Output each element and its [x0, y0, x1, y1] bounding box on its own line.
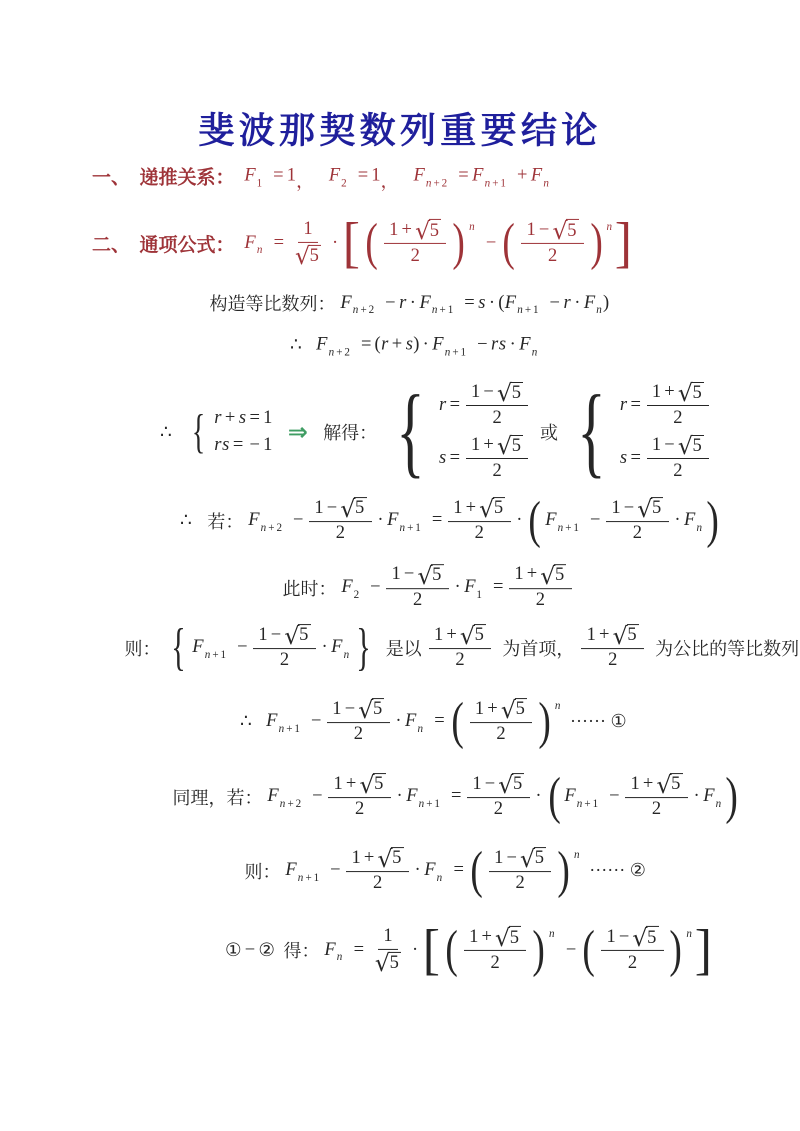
subscript: n+2: [328, 346, 350, 358]
radical-icon: √: [497, 437, 512, 456]
subscript: n+1: [577, 798, 599, 810]
radical-icon: √: [417, 567, 432, 586]
math-segment: ∴Fn+1−1−√52·Fn=(1+√52)n: [240, 696, 561, 748]
subscript: 2: [341, 177, 347, 189]
construct-geometric-line: 构造等比数列：Fn+2−r·Fn+1=s·(Fn+1−r·Fn): [205, 290, 613, 316]
math-segment: ①−②: [225, 940, 275, 961]
paren-group: (1+√52): [443, 924, 547, 976]
superscript: n: [606, 221, 612, 233]
sqrt: √5: [340, 497, 366, 519]
fraction: 1+√52: [448, 497, 511, 545]
sqrt: √5: [377, 847, 403, 869]
cases-brace: {: [577, 381, 605, 483]
fraction: 1−√52: [601, 926, 664, 974]
sqrt: √5: [460, 624, 486, 646]
geometric-conclusion-line: 则：{Fn+1−1−√52·Fn}是以1+√52为首项，1+√52为公比的等比数…: [120, 622, 800, 674]
implies-arrow-icon: ⇒: [288, 418, 308, 446]
fraction: 1−√52: [386, 564, 449, 612]
math-segment: ∴Fn+2=(r+s)·Fn+1−rs·Fn: [290, 335, 538, 356]
fraction: 1−√52: [253, 624, 316, 672]
text-segment: 若：: [207, 508, 243, 534]
sqrt: √5: [495, 926, 521, 948]
sqrt: √5: [678, 435, 704, 457]
paren-group: (1+√52): [363, 217, 467, 269]
radical-icon: √: [520, 850, 535, 869]
superscript: n: [469, 221, 475, 233]
subscript: n+1: [557, 522, 579, 534]
radical-icon: √: [497, 384, 512, 403]
math-segment: Fn=1√5·[(1+√52)n−(1−√52)n]: [324, 922, 714, 978]
solve-r-s-line: ∴{r+s=1rs=−1⇒解得：{r=1−√52s=1+√52或{r=1+√52…: [160, 381, 716, 483]
sqrt: √5: [678, 382, 704, 404]
case2-recurrence-line: 同理，若：Fn+2−1+√52·Fn+1=1−√52·(Fn+1−1+√52·F…: [168, 771, 746, 823]
radical-icon: √: [340, 500, 355, 519]
fraction: 1+√52: [509, 564, 572, 612]
subscript: n+1: [205, 649, 227, 661]
subscript: 1: [476, 589, 482, 601]
bracket-group: [(1+√52)n−(1−√52)n]: [342, 215, 633, 271]
subscript: n: [436, 872, 442, 884]
sqrt: √5: [552, 219, 578, 241]
radical-icon: √: [295, 247, 310, 266]
radical-icon: √: [637, 500, 652, 519]
brace-group: {Fn+1−1−√52·Fn}: [166, 622, 376, 674]
subscript: n+1: [444, 346, 466, 358]
cases-group: {r=1−√52s=1+√52: [386, 381, 531, 483]
radical-icon: √: [656, 776, 671, 795]
page-title: 斐波那契数列重要结论: [0, 103, 800, 154]
fraction: 1+√52: [384, 219, 447, 267]
subscript: n+1: [418, 798, 440, 810]
subscript: n: [343, 649, 349, 661]
text-segment: 是以: [386, 635, 422, 661]
radical-icon: √: [678, 384, 693, 403]
math-segment: ∴: [180, 511, 199, 532]
text-segment: 构造等比数列：: [210, 290, 336, 316]
fraction: 1−√52: [606, 497, 669, 545]
subscript: n+1: [432, 304, 454, 316]
sqrt: √5: [295, 245, 321, 267]
radical-icon: √: [678, 437, 693, 456]
fraction: 1−√52: [489, 847, 552, 895]
general-term-formula-line: 二、 通项公式：Fn=1√5·[(1+√52)n−(1−√52)n]: [92, 215, 638, 271]
sqrt: √5: [375, 952, 401, 974]
math-segment: 1+√52: [579, 624, 647, 672]
text-segment: 为公比的等比数列: [655, 635, 799, 661]
sqrt: √5: [479, 497, 505, 519]
sqrt: √5: [632, 926, 658, 948]
text-segment: 得：: [283, 937, 319, 963]
math-segment: Fn+2−1+√52·Fn+1=1−√52·(Fn+1−1+√52·Fn): [267, 771, 742, 823]
math-segment: F1=1，F2=1，Fn+2=Fn+1+Fn: [244, 163, 550, 189]
superscript: n: [549, 928, 555, 940]
cases-brace: {: [397, 381, 425, 483]
text-segment: 为首项，: [502, 635, 574, 661]
text-segment: ······ ①: [570, 712, 627, 733]
math-segment: Fn=1√5·[(1+√52)n−(1−√52)n]: [244, 215, 634, 271]
text-segment: 则：: [125, 635, 161, 661]
fraction: 1−√52: [327, 698, 390, 746]
case1-recurrence-line: ∴若：Fn+2−1−√52·Fn+1=1+√52·(Fn+1−1−√52·Fn): [180, 495, 726, 547]
initial-term-line: 此时：F2−1−√52·F1=1+√52: [278, 564, 578, 612]
radical-icon: √: [552, 222, 567, 241]
sqrt: √5: [637, 497, 663, 519]
sqrt: √5: [613, 624, 639, 646]
superscript: n: [555, 700, 561, 712]
cases-group: {r=1+√52s=1−√52: [567, 381, 712, 483]
subscript: n+1: [399, 522, 421, 534]
fraction: 1+√52: [625, 773, 688, 821]
fraction: 1+√52: [647, 382, 710, 430]
cases-brace: {: [192, 408, 205, 456]
sqrt: √5: [498, 773, 524, 795]
paren-group: (1−√52): [500, 217, 604, 269]
radical-icon: √: [495, 929, 510, 948]
text-segment: 则：: [245, 858, 281, 884]
subscript: n: [532, 346, 538, 358]
math-segment: Fn+2−r·Fn+1=s·(Fn+1−r·Fn): [340, 293, 609, 314]
text-segment: 此时：: [283, 575, 337, 601]
radical-icon: √: [375, 954, 390, 973]
fraction: 1−√52: [521, 219, 584, 267]
sqrt: √5: [415, 219, 441, 241]
radical-icon: √: [358, 701, 373, 720]
bracket-group: [(1+√52)n−(1−√52)n]: [422, 922, 713, 978]
sqrt: √5: [359, 773, 385, 795]
cases-group: {r+s=1rs=−1: [187, 408, 272, 456]
subscript: n+2: [280, 798, 302, 810]
paren-group: (1−√52): [468, 845, 572, 897]
subscript: n+2: [426, 177, 448, 189]
text-segment: 同理，若：: [173, 784, 263, 810]
sqrt: √5: [358, 698, 384, 720]
subscript: n+1: [298, 872, 320, 884]
math-segment: Fn+1−1+√52·Fn=(1−√52)n: [285, 845, 581, 897]
radical-icon: √: [415, 222, 430, 241]
section-label: 一、 递推关系：: [92, 163, 235, 190]
subscript: n+2: [260, 522, 282, 534]
subscript: n: [696, 522, 702, 534]
fraction: 1−√52: [309, 497, 372, 545]
paren-group: (1−√52): [580, 924, 684, 976]
radical-icon: √: [359, 776, 374, 795]
fraction: 1+√52: [470, 698, 533, 746]
combined-recurrence-line: ∴Fn+2=(r+s)·Fn+1−rs·Fn: [290, 335, 542, 356]
fraction: 1−√52: [467, 773, 530, 821]
text-segment: 解得：: [323, 419, 377, 445]
radical-icon: √: [632, 929, 647, 948]
paren-group: (1+√52): [449, 696, 553, 748]
radical-icon: √: [501, 701, 516, 720]
superscript: n: [574, 849, 580, 861]
subscript: n+1: [517, 304, 539, 316]
fraction: 1+√52: [464, 926, 527, 974]
sqrt: √5: [520, 847, 546, 869]
radical-icon: √: [540, 567, 555, 586]
math-segment: F2−1−√52·F1=1+√52: [341, 564, 574, 612]
subscript: n+1: [484, 177, 506, 189]
section-label: 二、 通项公式：: [92, 230, 235, 257]
subscript: 2: [354, 589, 360, 601]
subscript: n+1: [278, 723, 300, 735]
sqrt: √5: [417, 564, 443, 586]
fraction: 1+√52: [328, 773, 391, 821]
subscript: n+2: [353, 304, 375, 316]
radical-icon: √: [613, 627, 628, 646]
paren-group: (Fn+1−1−√52·Fn): [526, 495, 721, 547]
radical-icon: √: [284, 627, 299, 646]
sqrt: √5: [497, 382, 523, 404]
sqrt: √5: [497, 435, 523, 457]
sqrt: √5: [656, 773, 682, 795]
equation-two-line: 则：Fn+1−1+√52·Fn=(1−√52)n······ ②: [240, 845, 650, 897]
superscript: n: [686, 928, 692, 940]
paren-group: (Fn+1−1+√52·Fn): [546, 771, 741, 823]
subscript: n: [543, 177, 549, 189]
math-segment: {Fn+1−1−√52·Fn}: [165, 622, 377, 674]
subscript: 1: [257, 177, 263, 189]
sqrt: √5: [284, 624, 310, 646]
fraction: 1√5: [290, 219, 327, 267]
final-formula-line: ①−②得：Fn=1√5·[(1+√52)n−(1−√52)n]: [225, 922, 718, 978]
radical-icon: √: [460, 627, 475, 646]
radical-icon: √: [377, 850, 392, 869]
subscript: n: [417, 723, 423, 735]
subscript: n: [596, 304, 602, 316]
fraction: 1+√52: [581, 624, 644, 672]
sqrt: √5: [540, 564, 566, 586]
document-page: 斐波那契数列重要结论 一、 递推关系：F1=1，F2=1，Fn+2=Fn+1+F…: [0, 0, 800, 1131]
radical-icon: √: [479, 500, 494, 519]
text-segment: 或: [540, 419, 558, 445]
fraction: 1+√52: [429, 624, 492, 672]
fraction: 1√5: [370, 926, 407, 974]
radical-icon: √: [498, 776, 513, 795]
sqrt: √5: [501, 698, 527, 720]
math-segment: Fn+2−1−√52·Fn+1=1+√52·(Fn+1−1−√52·Fn): [248, 495, 723, 547]
subscript: n: [715, 798, 721, 810]
math-segment: ∴: [160, 422, 179, 443]
text-segment: ······ ②: [589, 861, 646, 882]
fraction: 1+√52: [346, 847, 409, 895]
fraction: 1−√52: [466, 382, 529, 430]
math-segment: 1+√52: [426, 624, 494, 672]
fraction: 1−√52: [647, 435, 710, 483]
subscript: n: [257, 244, 263, 256]
equation-one-line: ∴Fn+1−1−√52·Fn=(1+√52)n······ ①: [240, 696, 631, 748]
recurrence-relation-line: 一、 递推关系：F1=1，F2=1，Fn+2=Fn+1+Fn: [92, 163, 554, 190]
fraction: 1+√52: [466, 435, 529, 483]
subscript: n: [337, 951, 343, 963]
